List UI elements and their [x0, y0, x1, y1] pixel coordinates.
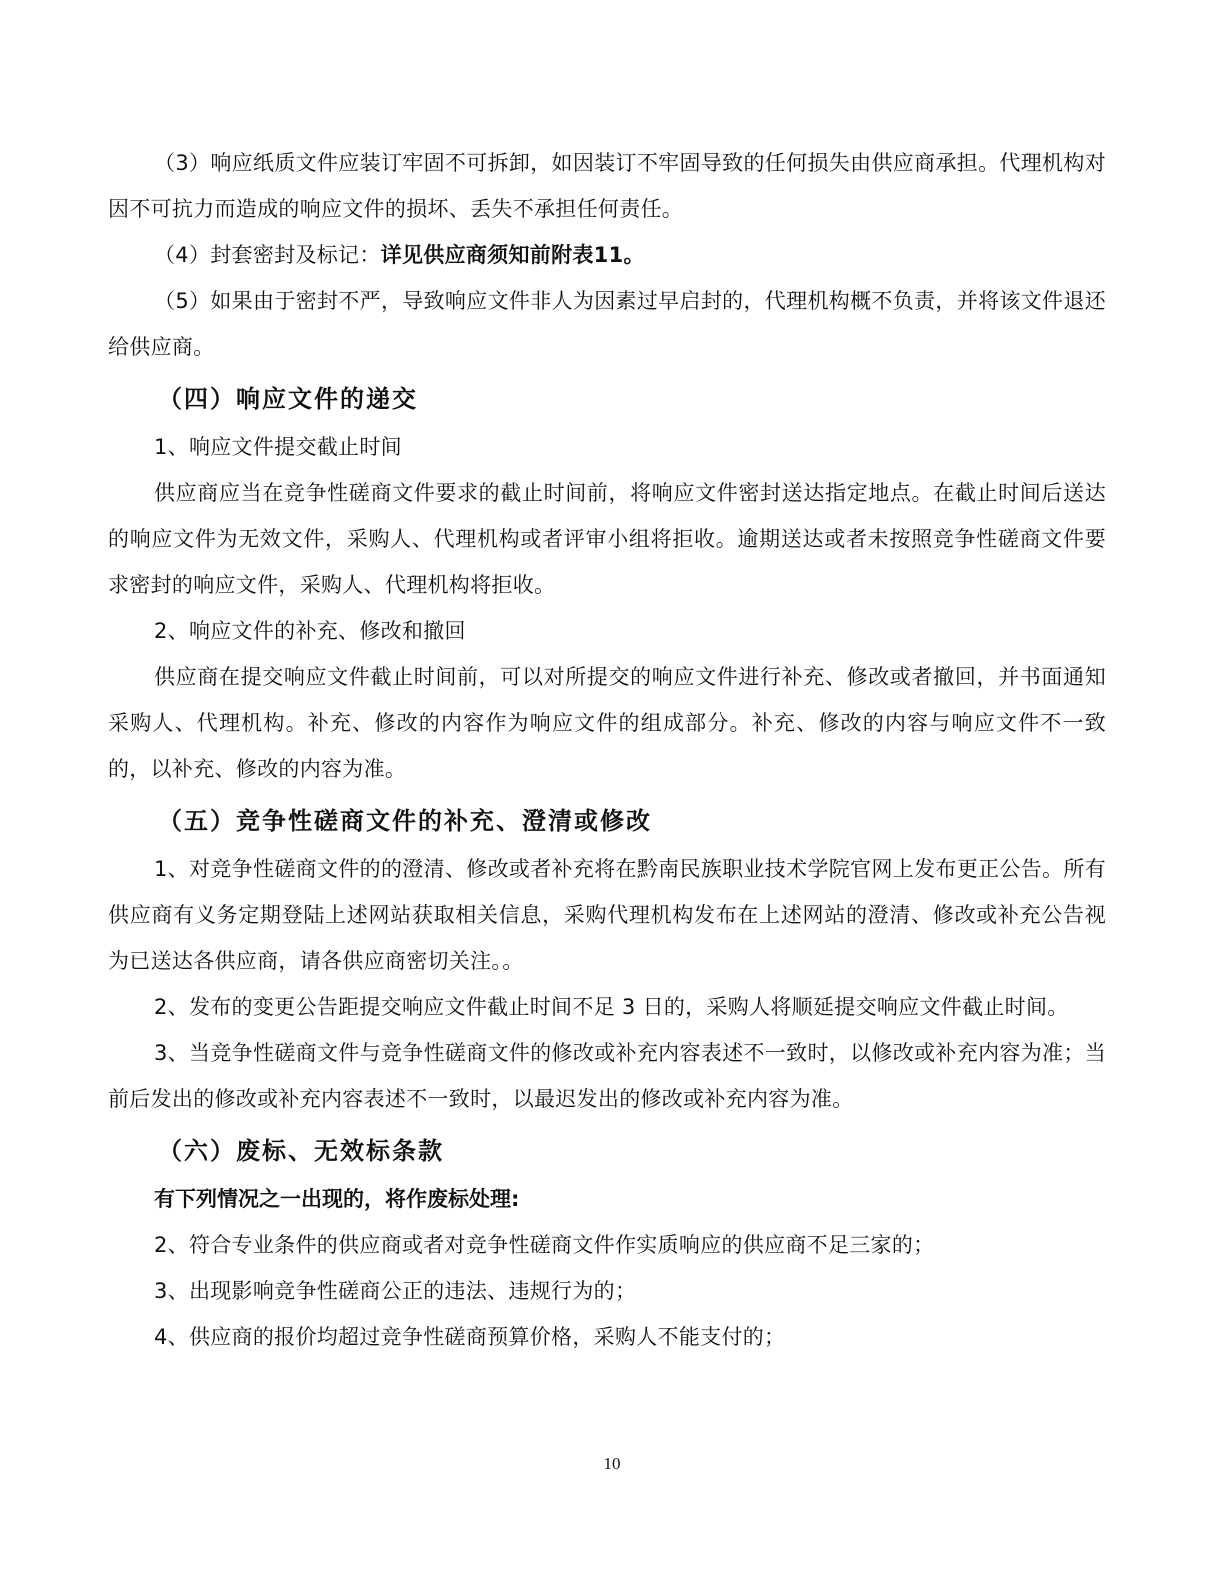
- paragraph-amend-withdraw: 供应商在提交响应文件截止时间前，可以对所提交的响应文件进行补充、修改或者撤回，并…: [108, 654, 1106, 792]
- envelope-seal-reference: 详见供应商须知前附表11。: [381, 243, 645, 267]
- invalid-bid-intro: 有下列情况之一出现的，将作废标处理:: [108, 1176, 1106, 1222]
- paragraph-clarification-3: 3、当竞争性磋商文件与竞争性磋商文件的修改或补充内容表述不一致时，以修改或补充内…: [108, 1030, 1106, 1122]
- document-page: （3）响应纸质文件应装订牢固不可拆卸，如因装订不牢固导致的任何损失由供应商承担。…: [108, 140, 1106, 1360]
- section-heading-submission: （四）响应文件的递交: [108, 374, 1106, 424]
- paragraph-improper-seal: （5）如果由于密封不严，导致响应文件非人为因素过早启封的，代理机构概不负责，并将…: [108, 278, 1106, 370]
- paragraph-clarification-1: 1、对竞争性磋商文件的的澄清、修改或者补充将在黔南民族职业技术学院官网上发布更正…: [108, 846, 1106, 984]
- invalid-bid-item-3: 3、出现影响竞争性磋商公正的违法、违规行为的；: [108, 1268, 1106, 1314]
- paragraph-clarification-2: 2、发布的变更公告距提交响应文件截止时间不足 3 日的，采购人将顺延提交响应文件…: [108, 984, 1106, 1030]
- invalid-bid-item-4: 4、供应商的报价均超过竞争性磋商预算价格，采购人不能支付的；: [108, 1314, 1106, 1360]
- paragraph-envelope-seal: （4）封套密封及标记：详见供应商须知前附表11。: [108, 232, 1106, 278]
- subheading-deadline: 1、响应文件提交截止时间: [108, 424, 1106, 470]
- section-heading-invalid-bid: （六）废标、无效标条款: [108, 1126, 1106, 1176]
- subheading-amend-withdraw: 2、响应文件的补充、修改和撤回: [108, 608, 1106, 654]
- paragraph-binding-requirement: （3）响应纸质文件应装订牢固不可拆卸，如因装订不牢固导致的任何损失由供应商承担。…: [108, 140, 1106, 232]
- envelope-seal-label: （4）封套密封及标记：: [154, 243, 381, 267]
- invalid-bid-item-2: 2、符合专业条件的供应商或者对竞争性磋商文件作实质响应的供应商不足三家的；: [108, 1222, 1106, 1268]
- section-heading-clarification: （五）竞争性磋商文件的补充、澄清或修改: [108, 796, 1106, 846]
- page-number: 10: [0, 1454, 1224, 1474]
- paragraph-deadline: 供应商应当在竞争性磋商文件要求的截止时间前，将响应文件密封送达指定地点。在截止时…: [108, 470, 1106, 608]
